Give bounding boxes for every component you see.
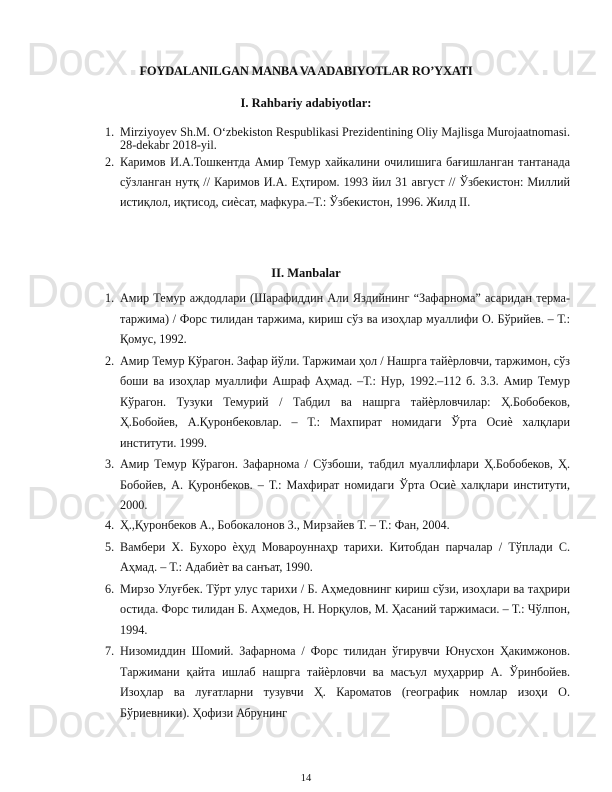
item-number: 7. — [105, 641, 114, 662]
list-item: 6. Мирзо Улуғбек. Тўрт улус тарихи / Б. … — [97, 579, 570, 641]
item-number: 1. — [105, 288, 114, 309]
list-item: 2. Каримов И.А.Тошкентда Амир Темур хайк… — [97, 152, 570, 212]
item-text: Мирзо Улуғбек. Тўрт улус тарихи / Б. Аҳм… — [120, 582, 570, 637]
item-number: 2. — [105, 152, 114, 172]
item-number: 6. — [105, 579, 114, 600]
item-text: Амир Темур Кўрагон. Зафар йўли. Таржимаи… — [120, 354, 570, 450]
item-text: Вамбери Х. Бухоро ѐҳуд Мовароуннаҳр тари… — [120, 540, 570, 575]
list-item: 3. Амир Темур Кўрагон. Зафарнома / Сўзбо… — [97, 454, 570, 516]
item-text: Каримов И.А.Тошкентда Амир Темур хайкали… — [120, 155, 570, 209]
item-text: Амир Темур Кўрагон. Зафарнома / Сўзбоши,… — [120, 457, 570, 512]
item-text: Mirziyoyev Sh.M. O‘zbekiston Respublikas… — [120, 125, 570, 152]
item-number: 4. — [105, 517, 114, 533]
section-heading-guiding-literature: I. Rahbariy adabiyotlar: — [0, 96, 612, 111]
list-item: 5. Вамбери Х. Бухоро ѐҳуд Мовароуннаҳр т… — [97, 537, 570, 578]
item-number: 3. — [105, 454, 114, 475]
item-number: 1. — [105, 126, 114, 139]
sources-list: 1. Амир Темур аждодлари (Шарафиддин Али … — [97, 288, 570, 724]
guiding-literature-list: 1. Mirziyoyev Sh.M. O‘zbekiston Respubli… — [97, 126, 570, 212]
item-number: 5. — [105, 537, 114, 558]
document-page: Docx.uz Docx.uz Docx.uz Docx.uz Docx.uz … — [0, 0, 612, 792]
item-number: 2. — [105, 351, 114, 372]
page-title: FOYDALANILGAN MANBA VA ADABIYOTLAR RO’YX… — [0, 64, 612, 79]
item-text: Ҳ.,Қуронбеков А., Бобокалонов З., Мирзай… — [120, 518, 450, 532]
item-text: Амир Темур аждодлари (Шарафиддин Али Язд… — [120, 291, 570, 346]
list-item: 1. Амир Темур аждодлари (Шарафиддин Али … — [97, 288, 570, 350]
list-item: 7. Низомиддин Шомий. Зафарнома / Форс ти… — [97, 641, 570, 723]
list-item: 4. Ҳ.,Қуронбеков А., Бобокалонов З., Мир… — [97, 517, 570, 533]
item-text: Низомиддин Шомий. Зафарнома / Форс тилид… — [120, 644, 570, 720]
page-number: 14 — [0, 773, 612, 784]
list-item: 1. Mirziyoyev Sh.M. O‘zbekiston Respubli… — [97, 126, 570, 152]
section-heading-sources: II. Manbalar — [0, 266, 612, 281]
list-item: 2. Амир Темур Кўрагон. Зафар йўли. Таржи… — [97, 351, 570, 454]
